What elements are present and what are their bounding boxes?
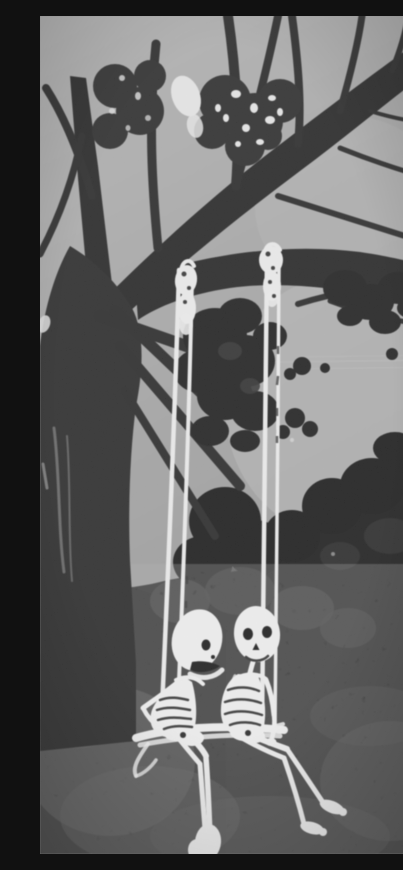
- painting-canvas: Skeletons on a Swing: [40, 16, 403, 854]
- painting-skeletons-on-swing: Skeletons on a Swing: [40, 16, 403, 854]
- vignette-overlay: [40, 16, 403, 854]
